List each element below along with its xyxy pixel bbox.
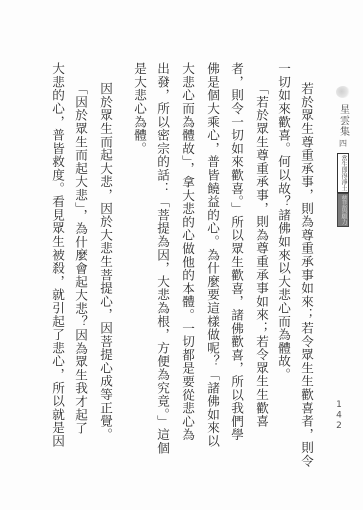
book-title: 星雲集 (336, 104, 351, 137)
text-column-2: 一切如來歡喜。何以故？諸佛如來以大悲心而為體故。 (276, 62, 290, 381)
text-column-10: 「因於眾生而起大悲」，為什麼會起大悲？因為眾生我才起了 (73, 82, 87, 435)
volume-number: 四 (338, 139, 349, 147)
book-page: 星雲集 四 當生即得淨土 慈悲與願力 142 若於眾生尊重承事，則為尊重承事如來… (0, 0, 363, 510)
text-column-8: 是大悲心為體。 (132, 62, 146, 155)
text-column-5: 佛是個大乘心，普皆饒益的心。為什麼要這樣做呢？「諸佛如來以 (205, 62, 219, 448)
chapter-label: 慈悲與願力 (337, 193, 349, 227)
logo-icon (336, 86, 350, 98)
text-column-7: 出發，所以密宗的話：「菩提為因，大悲為根，方便為究竟。」這個 (155, 62, 169, 455)
page-number: 142 (334, 400, 344, 432)
text-column-6: 大悲心而為體故」，拿大悲的心做他的本體。一切都是要從悲心為 (180, 62, 194, 441)
text-column-3: 「若於眾生尊重承事，則為尊重承事如來；若令眾生生歡喜 (254, 82, 268, 428)
text-column-11: 大悲的心，普皆救度。看見眾生被殺，就引起了悲心，所以就是因 (50, 62, 64, 448)
text-column-9: 因於眾生而起大悲，因於大悲生菩提心，因菩提心成等正覺。 (98, 82, 112, 441)
text-column-1: 若於眾生尊重承事，則為尊重承事如來；若令眾生生歡喜者，則令 (299, 82, 313, 468)
section-label: 當生即得淨土 (337, 153, 349, 193)
page-margin-header: 星雲集 四 當生即得淨土 慈悲與願力 (332, 86, 354, 227)
text-column-4: 者，則令一切如來歡喜。」所以眾生歡喜，諸佛歡喜，所以我們學 (229, 62, 243, 441)
